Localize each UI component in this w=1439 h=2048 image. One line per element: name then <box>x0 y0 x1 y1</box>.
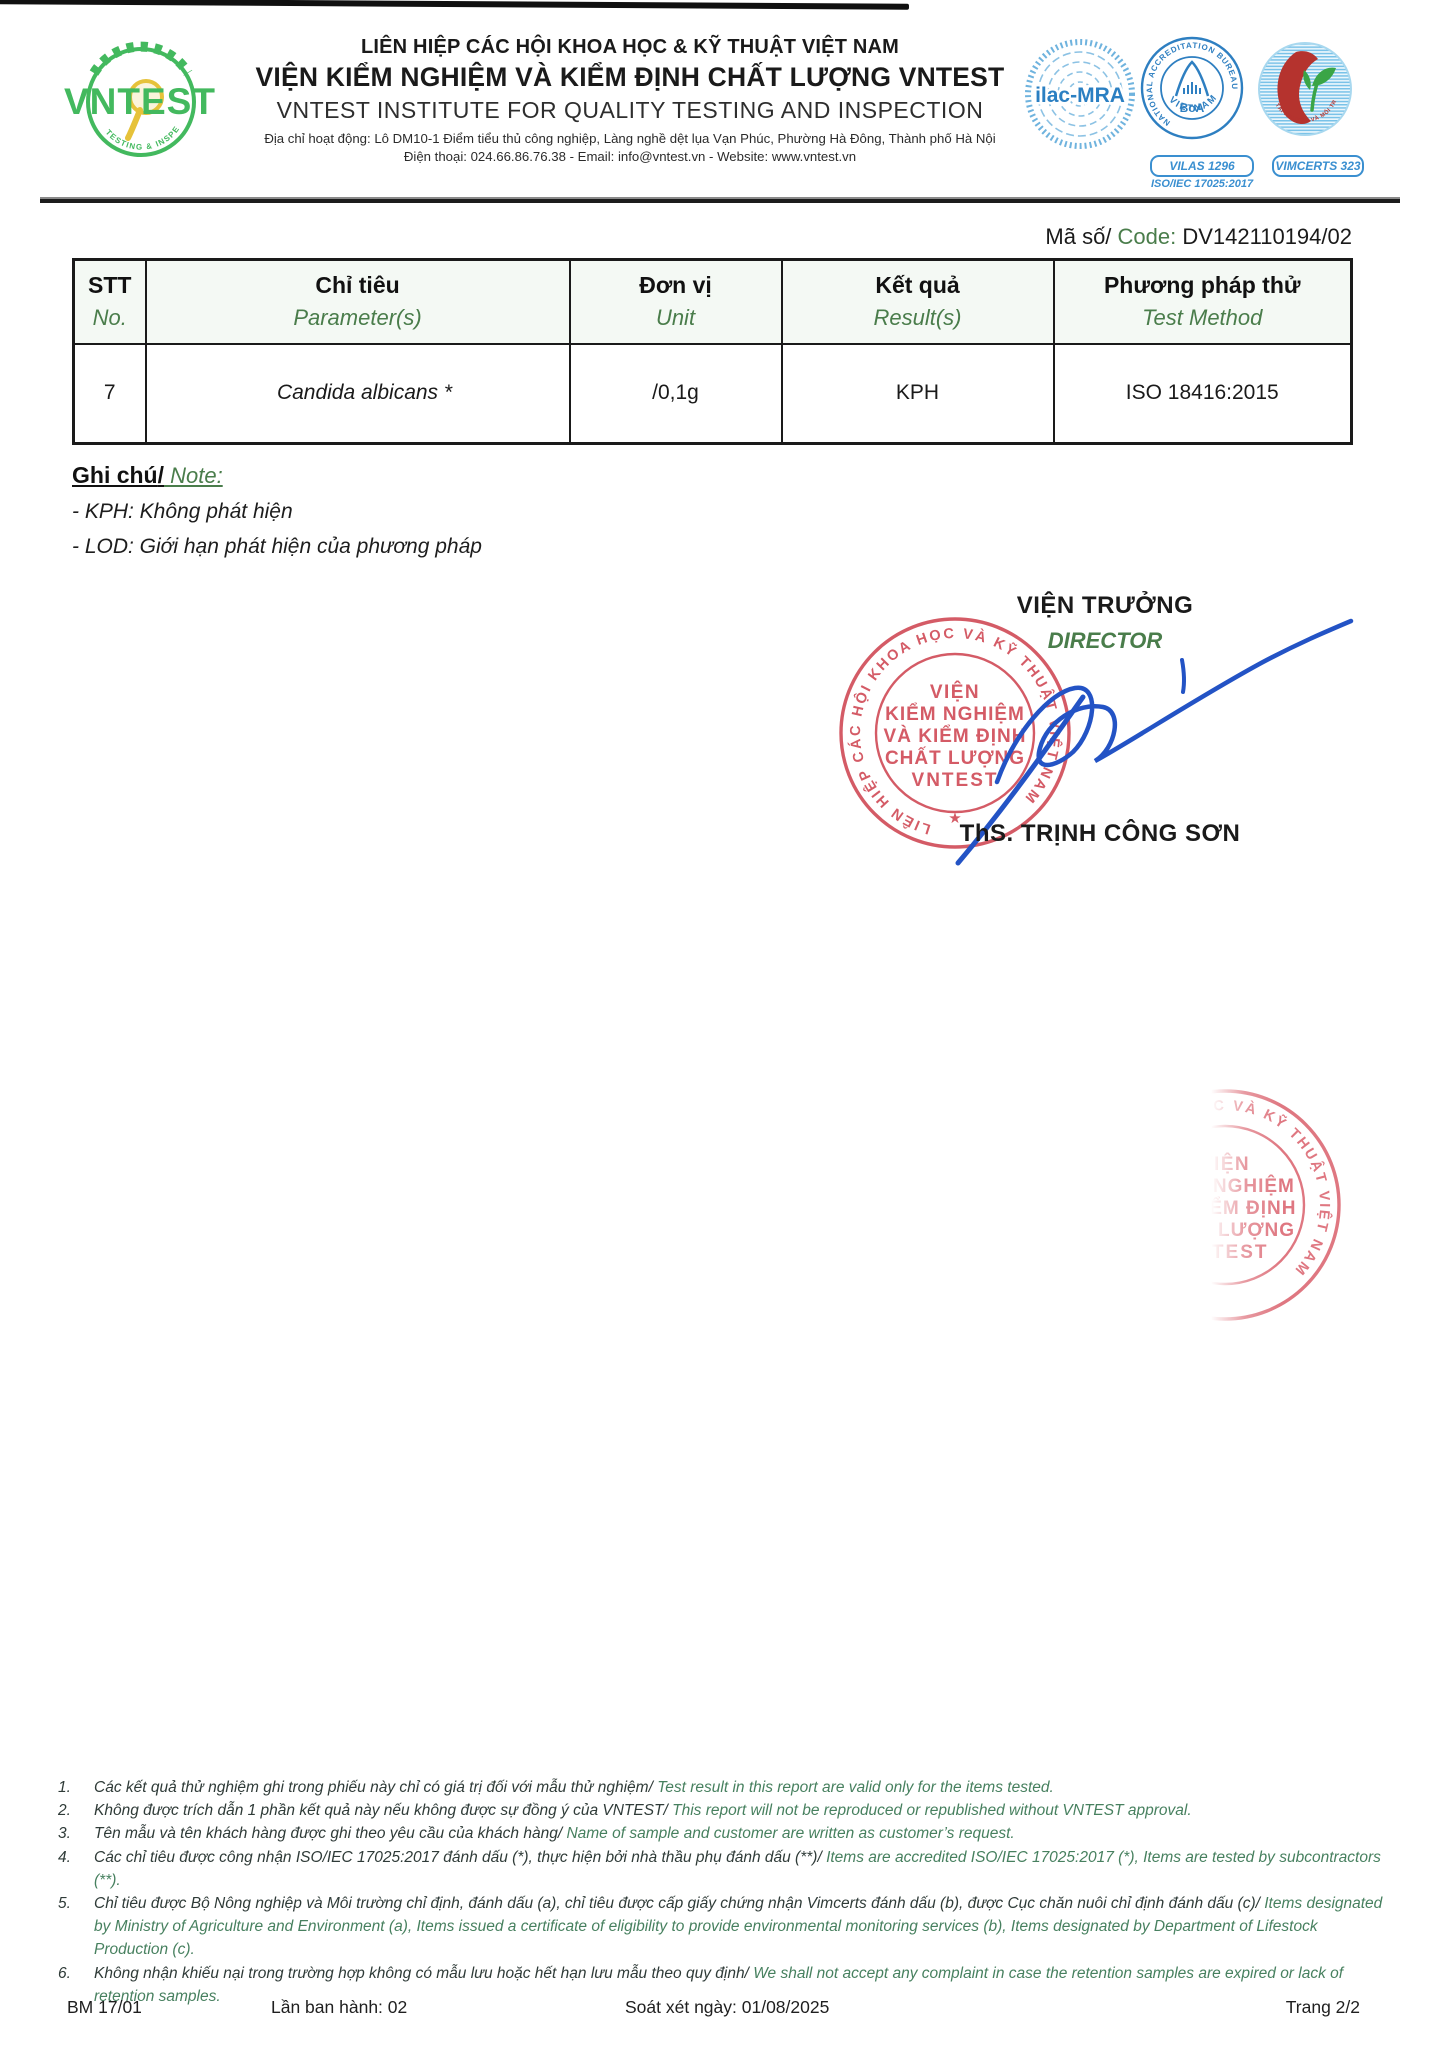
notes-section: Ghi chú/ Note: - KPH: Không phát hiện - … <box>72 462 482 559</box>
table-header-row: STT No. Chỉ tiêu Parameter(s) Đơn vị Uni… <box>74 260 1352 344</box>
signature-tick-stroke <box>1182 660 1184 692</box>
signer-name: ThS. TRỊNH CÔNG SƠN <box>920 820 1280 848</box>
col-header-unit: Đơn vị Unit <box>570 260 782 344</box>
org-line-1: LIÊN HIỆP CÁC HỘI KHOA HỌC & KỸ THUẬT VI… <box>225 36 1035 59</box>
footnote-3-en: Name of sample and customer are written … <box>566 1825 1014 1842</box>
footnote-1-vi: Các kết quả thử nghiệm ghi trong phiếu n… <box>94 1779 657 1796</box>
partial-stamp: LIÊN HIỆP CÁC HỘI KHOA HỌC VÀ KỸ THUẬT V… <box>1203 1078 1355 1334</box>
issue-number: Lần ban hành: 02 <box>271 1997 407 2018</box>
vimcerts-badge: VIMCERTS 323 <box>1272 155 1364 177</box>
footnotes-section: 1. Các kết quả thử nghiệm ghi trong phiế… <box>58 1776 1394 2008</box>
partial-stamp-line-1: VIỆN <box>1203 1153 1250 1175</box>
review-date: Soát xét ngày: 01/08/2025 <box>625 1997 829 2018</box>
document-page: VNTEST TESTING & INSPECTION LIÊN HIỆP CÁ… <box>0 0 1439 2048</box>
vntest-logo: VNTEST TESTING & INSPECTION <box>52 30 230 172</box>
partial-stamp-line-3: VÀ KIỂM ĐỊNH <box>1203 1197 1296 1219</box>
col-header-parameter-en: Parameter(s) <box>147 305 569 331</box>
org-contact: Điện thoại: 024.66.86.76.38 - Email: inf… <box>225 149 1035 164</box>
col-header-unit-en: Unit <box>571 305 781 331</box>
footnote-2-text: Không được trích dẫn 1 phần kết quả này … <box>94 1799 1394 1822</box>
notes-title-en: Note: <box>164 463 223 488</box>
footnote-5: 5. Chỉ tiêu được Bộ Nông nghiệp và Môi t… <box>58 1892 1394 1962</box>
col-header-no-en: No. <box>75 305 145 331</box>
org-line-2: VIỆN KIỂM NGHIỆM VÀ KIỂM ĐỊNH CHẤT LƯỢNG… <box>225 62 1035 93</box>
col-header-no: STT No. <box>74 260 146 344</box>
footnote-2: 2. Không được trích dẫn 1 phần kết quả n… <box>58 1799 1394 1822</box>
footnote-1-number: 1. <box>58 1776 94 1799</box>
footnote-2-vi: Không được trích dẫn 1 phần kết quả này … <box>94 1802 672 1819</box>
code-label-en: Code: <box>1118 224 1183 249</box>
notes-title-vi: Ghi chú <box>72 462 158 488</box>
code-label-vi: Mã số/ <box>1045 224 1117 249</box>
footnote-3: 3. Tên mẫu và tên khách hàng được ghi th… <box>58 1822 1394 1845</box>
scan-artifact-line <box>0 0 909 10</box>
vilas-badge: VILAS 1296 <box>1150 155 1254 177</box>
col-header-parameter: Chỉ tiêu Parameter(s) <box>146 260 570 344</box>
ilac-label: ilac-MRA <box>1035 84 1125 107</box>
footnote-5-text: Chỉ tiêu được Bộ Nông nghiệp và Môi trườ… <box>94 1892 1394 1962</box>
col-header-method-en: Test Method <box>1055 305 1351 331</box>
form-code: BM 17/01 <box>67 1997 142 2018</box>
footnote-1: 1. Các kết quả thử nghiệm ghi trong phiế… <box>58 1776 1394 1799</box>
cell-method: ISO 18416:2015 <box>1054 344 1352 444</box>
partial-stamp-svg: LIÊN HIỆP CÁC HỘI KHOA HỌC VÀ KỸ THUẬT V… <box>1203 1083 1347 1327</box>
table-row: 7 Candida albicans * /0,1g KPH ISO 18416… <box>74 344 1352 444</box>
partial-stamp-line-5: VNTEST <box>1203 1242 1268 1263</box>
boa-bars <box>1184 82 1200 94</box>
col-header-parameter-vi: Chỉ tiêu <box>147 272 569 299</box>
org-line-3: VNTEST INSTITUTE FOR QUALITY TESTING AND… <box>225 97 1035 124</box>
col-header-result-vi: Kết quả <box>783 272 1053 299</box>
col-header-result-en: Result(s) <box>783 305 1053 331</box>
footnote-4-vi: Các chỉ tiêu được công nhận ISO/IEC 1702… <box>94 1849 826 1866</box>
footnote-4-text: Các chỉ tiêu được công nhận ISO/IEC 1702… <box>94 1846 1394 1892</box>
col-header-method: Phương pháp thử Test Method <box>1054 260 1352 344</box>
note-lod: - LOD: Giới hạn phát hiện của phương phá… <box>72 535 482 559</box>
footnote-3-number: 3. <box>58 1822 94 1845</box>
page-number: Trang 2/2 <box>1286 1997 1360 2018</box>
cell-unit: /0,1g <box>570 344 782 444</box>
footnote-2-en: This report will not be reproduced or re… <box>672 1802 1192 1819</box>
partial-stamp-line-4: CHẤT LƯỢNG <box>1203 1219 1295 1241</box>
signature-main-stroke <box>997 621 1351 782</box>
results-table: STT No. Chỉ tiêu Parameter(s) Đơn vị Uni… <box>72 258 1353 445</box>
code-value: DV142110194/02 <box>1182 224 1352 249</box>
cell-no: 7 <box>74 344 146 444</box>
vntest-logo-text: VNTEST <box>64 81 216 122</box>
footnote-6-vi: Không nhận khiếu nại trong trường hợp kh… <box>94 1965 753 1982</box>
footnote-1-text: Các kết quả thử nghiệm ghi trong phiếu n… <box>94 1776 1394 1799</box>
col-header-result: Kết quả Result(s) <box>782 260 1054 344</box>
col-header-no-vi: STT <box>75 272 145 299</box>
header-divider-rule <box>40 197 1400 203</box>
col-header-method-vi: Phương pháp thử <box>1055 272 1351 299</box>
boa-center-text: BoA <box>1180 101 1205 115</box>
footnote-5-vi: Chỉ tiêu được Bộ Nông nghiệp và Môi trườ… <box>94 1895 1264 1912</box>
footnote-1-en: Test result in this report are valid onl… <box>657 1779 1054 1796</box>
boa-logo: NATIONAL ACCREDITATION BUREAU VIETNAM Bo… <box>1138 34 1246 142</box>
ilac-mra-logo: ilac-MRA <box>1024 38 1136 150</box>
note-kph: - KPH: Không phát hiện <box>72 500 482 524</box>
col-header-unit-vi: Đơn vị <box>571 272 781 299</box>
footnote-2-number: 2. <box>58 1799 94 1822</box>
iso-accreditation-label: ISO/IEC 17025:2017 <box>1140 178 1264 190</box>
footnote-3-vi: Tên mẫu và tên khách hàng được ghi theo … <box>94 1825 566 1842</box>
footnote-5-number: 5. <box>58 1892 94 1962</box>
report-code-line: Mã số/ Code: DV142110194/02 <box>1045 224 1352 250</box>
cell-result: KPH <box>782 344 1054 444</box>
partial-stamp-line-2: KIỂM NGHIỆM <box>1203 1175 1295 1197</box>
footnote-3-text: Tên mẫu và tên khách hàng được ghi theo … <box>94 1822 1394 1845</box>
monre-logo: TÀI NGUYÊN VÀ MÔI TRƯỜNG <box>1256 40 1354 138</box>
letterhead: LIÊN HIỆP CÁC HỘI KHOA HỌC & KỸ THUẬT VI… <box>225 36 1035 164</box>
org-address: Địa chỉ hoạt động: Lô DM10-1 Điểm tiểu t… <box>225 131 1035 146</box>
notes-title: Ghi chú/ Note: <box>72 462 482 489</box>
footnote-4-number: 4. <box>58 1846 94 1892</box>
footnote-4: 4. Các chỉ tiêu được công nhận ISO/IEC 1… <box>58 1846 1394 1892</box>
cell-parameter: Candida albicans * <box>146 344 570 444</box>
